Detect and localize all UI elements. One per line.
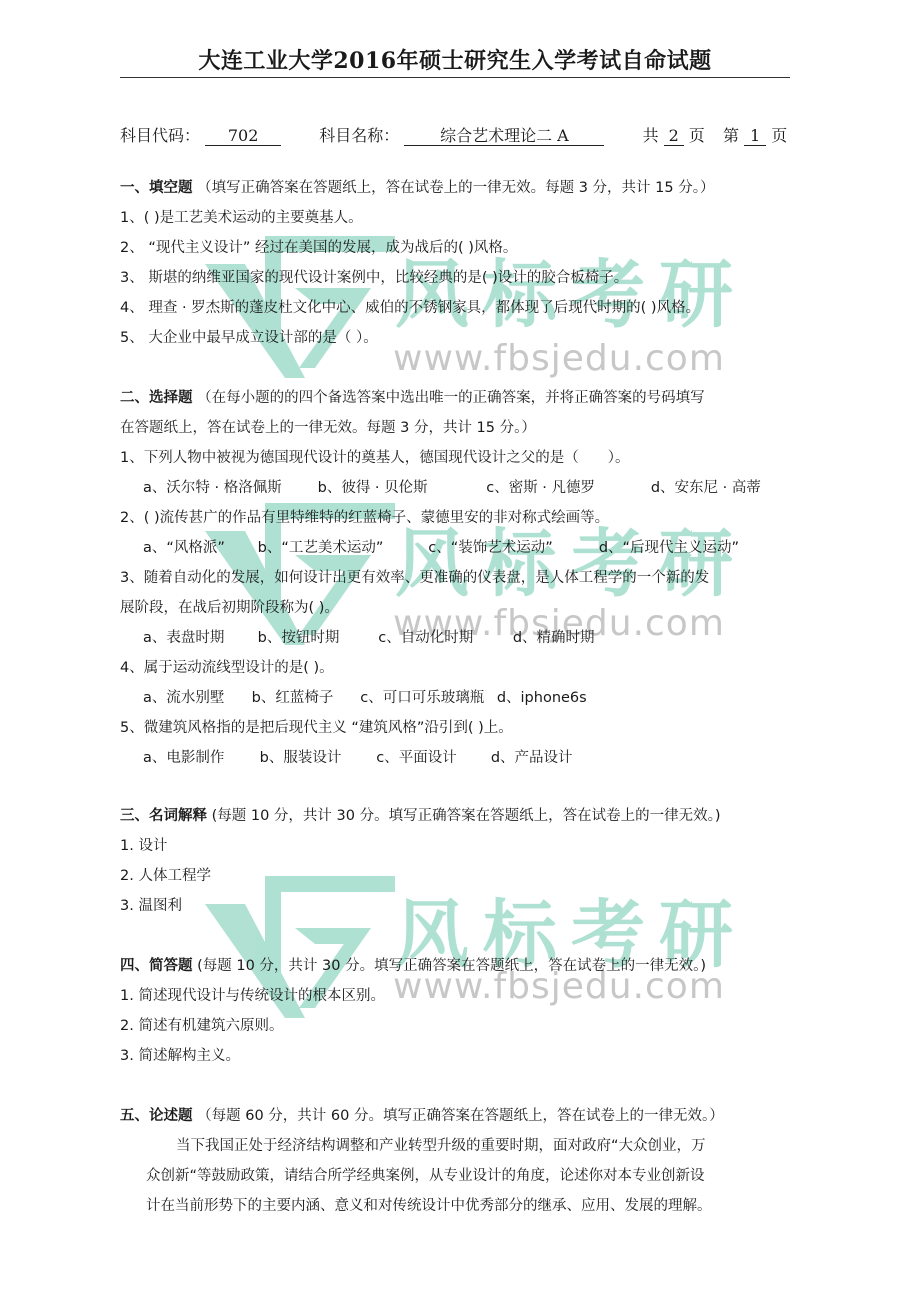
short-answer-item-3: 3. 简述解构主义。 bbox=[120, 1046, 240, 1066]
section-heading: 三、名词解释 bbox=[120, 808, 207, 824]
option-a: a、表盘时期 bbox=[143, 628, 253, 648]
section-instruction: （每题 60 分，共计 60 分。填写正确答案在答题纸上，答在试卷上的一律无效。… bbox=[197, 1108, 724, 1124]
term-item-2: 2. 人体工程学 bbox=[120, 866, 211, 886]
essay-body-line-3: 计在当前形势下的主要内涵、意义和对传统设计中优秀部分的继承、应用、发展的理解。 bbox=[146, 1196, 712, 1216]
option-d: d、iphone6s bbox=[497, 688, 587, 708]
option-d: d、安东尼 · 高蒂 bbox=[651, 478, 761, 498]
choice-question-1-options: a、沃尔特 · 格洛佩斯 b、彼得 · 贝伦斯 c、密斯 · 凡德罗 d、安东尼… bbox=[143, 478, 761, 498]
option-c: c、自动化时期 bbox=[378, 628, 508, 648]
subject-code-label: 科目代码： bbox=[120, 123, 200, 146]
section-fill-in-header: 一、填空题 （填写正确答案在答题纸上，答在试卷上的一律无效。每题 3 分，共计 … bbox=[120, 178, 714, 198]
section-instruction-continued: 在答题纸上，答在试卷上的一律无效。每题 3 分，共计 15 分。） bbox=[120, 418, 536, 438]
pages-total-value: 2 bbox=[664, 127, 684, 146]
subject-code-value: 702 bbox=[205, 127, 281, 146]
choice-question-4: 4、属于运动流线型设计的是( )。 bbox=[120, 658, 334, 678]
watermark-url-text: www.fbsjedu.com bbox=[393, 338, 725, 379]
exam-title: 大连工业大学2016年硕士研究生入学考试自命试题 bbox=[120, 44, 790, 75]
section-essay-header: 五、论述题 （每题 60 分，共计 60 分。填写正确答案在答题纸上，答在试卷上… bbox=[120, 1106, 724, 1126]
choice-question-4-options: a、流水别墅 b、红蓝椅子 c、可口可乐玻璃瓶 d、iphone6s bbox=[143, 688, 587, 708]
option-b: b、红蓝椅子 bbox=[252, 688, 356, 708]
option-a: a、流水别墅 bbox=[143, 688, 247, 708]
essay-body-line-1: 当下我国正处于经济结构调整和产业转型升级的重要时期，面对政府“大众创业，万 bbox=[176, 1136, 706, 1156]
section-instruction: （在每小题的的四个备选答案中选出唯一的正确答案，并将正确答案的号码填写 bbox=[197, 390, 705, 406]
option-d: d、产品设计 bbox=[491, 748, 573, 768]
option-a: a、电影制作 bbox=[143, 748, 255, 768]
section-heading: 一、填空题 bbox=[120, 180, 193, 196]
choice-question-1: 1、下列人物中被视为德国现代设计的奠基人，德国现代设计之父的是（ ）。 bbox=[120, 448, 629, 468]
choice-question-2-options: a、“风格派” b、“工艺美术运动” c、“装饰艺术运动” d、“后现代主义运动… bbox=[143, 538, 739, 558]
fill-in-item-4: 4、 理查 · 罗杰斯的蓬皮杜文化中心、威伯的不锈钢家具，都体现了后现代时期的(… bbox=[120, 298, 700, 318]
pages-total-prefix: 共 bbox=[643, 123, 659, 146]
option-a: a、沃尔特 · 格洛佩斯 bbox=[143, 478, 313, 498]
section-choice-header: 二、选择题 （在每小题的的四个备选答案中选出唯一的正确答案，并将正确答案的号码填… bbox=[120, 388, 705, 408]
option-c: c、平面设计 bbox=[376, 748, 486, 768]
choice-question-3-options: a、表盘时期 b、按钮时期 c、自动化时期 d、精确时期 bbox=[143, 628, 595, 648]
option-b: b、服装设计 bbox=[260, 748, 372, 768]
short-answer-item-2: 2. 简述有机建筑六原则。 bbox=[120, 1016, 283, 1036]
choice-question-5: 5、微建筑风格指的是把后现代主义 “建筑风格”沿引到( )上。 bbox=[120, 718, 513, 738]
term-item-3: 3. 温图利 bbox=[120, 896, 182, 916]
section-heading: 五、论述题 bbox=[120, 1108, 193, 1124]
section-instruction: (每题 10 分，共计 30 分。填写正确答案在答题纸上，答在试卷上的一律无效。… bbox=[212, 808, 721, 824]
choice-question-3-continued: 展阶段，在战后初期阶段称为( )。 bbox=[120, 598, 339, 618]
essay-body-line-2: 众创新“等鼓励政策，请结合所学经典案例，从专业设计的角度，论述你对本专业创新设 bbox=[146, 1166, 705, 1186]
fill-in-item-3: 3、 斯堪的纳维亚国家的现代设计案例中，比较经典的是( )设计的胶合板椅子。 bbox=[120, 268, 628, 288]
term-item-1: 1. 设计 bbox=[120, 836, 167, 856]
choice-question-3: 3、随着自动化的发展，如何设计出更有效率、更准确的仪表盘，是人体工程学的一个新的… bbox=[120, 568, 709, 588]
option-c: c、密斯 · 凡德罗 bbox=[486, 478, 646, 498]
option-b: b、“工艺美术运动” bbox=[258, 538, 424, 558]
option-d: d、精确时期 bbox=[513, 628, 595, 648]
option-b: b、彼得 · 贝伦斯 bbox=[318, 478, 482, 498]
subject-name-value: 综合艺术理论二 A bbox=[404, 127, 604, 146]
fill-in-item-5: 5、 大企业中最早成立设计部的是（ ）。 bbox=[120, 328, 378, 348]
title-divider bbox=[120, 77, 790, 78]
option-c: c、可口可乐玻璃瓶 bbox=[360, 688, 492, 708]
subject-name-label: 科目名称： bbox=[319, 123, 399, 146]
exam-page: 风标考研 www.fbsjedu.com 风标考研 www.fbsjedu.co… bbox=[0, 0, 900, 1300]
section-short-answer-header: 四、简答题 (每题 10 分，共计 30 分。填写正确答案在答题纸上，答在试卷上… bbox=[120, 956, 706, 976]
choice-question-5-options: a、电影制作 b、服装设计 c、平面设计 d、产品设计 bbox=[143, 748, 573, 768]
option-b: b、按钮时期 bbox=[258, 628, 374, 648]
option-a: a、“风格派” bbox=[143, 538, 253, 558]
fill-in-item-1: 1、( )是工艺美术运动的主要奠基人。 bbox=[120, 208, 363, 228]
section-heading: 四、简答题 bbox=[120, 958, 193, 974]
section-terms-header: 三、名词解释 (每题 10 分，共计 30 分。填写正确答案在答题纸上，答在试卷… bbox=[120, 806, 721, 826]
section-instruction: （填写正确答案在答题纸上，答在试卷上的一律无效。每题 3 分，共计 15 分。） bbox=[197, 180, 714, 196]
page-current-suffix: 页 bbox=[771, 123, 787, 146]
subject-info-row: 科目代码： 702 科目名称： 综合艺术理论二 A 共 2 页 第 1 页 bbox=[120, 123, 790, 146]
section-instruction: (每题 10 分，共计 30 分。填写正确答案在答题纸上，答在试卷上的一律无效。… bbox=[197, 958, 706, 974]
page-current-prefix: 第 bbox=[723, 123, 739, 146]
pages-total-suffix: 页 bbox=[689, 123, 705, 146]
page-current-value: 1 bbox=[744, 127, 766, 146]
choice-question-2: 2、( )流传甚广的作品有里特维特的红蓝椅子、蒙德里安的非对称式绘画等。 bbox=[120, 508, 609, 528]
option-d: d、“后现代主义运动” bbox=[599, 538, 739, 558]
option-c: c、“装饰艺术运动” bbox=[428, 538, 594, 558]
section-heading: 二、选择题 bbox=[120, 390, 193, 406]
short-answer-item-1: 1. 简述现代设计与传统设计的根本区别。 bbox=[120, 986, 385, 1006]
fill-in-item-2: 2、 “现代主义设计” 经过在美国的发展，成为战后的( )风格。 bbox=[120, 238, 517, 258]
